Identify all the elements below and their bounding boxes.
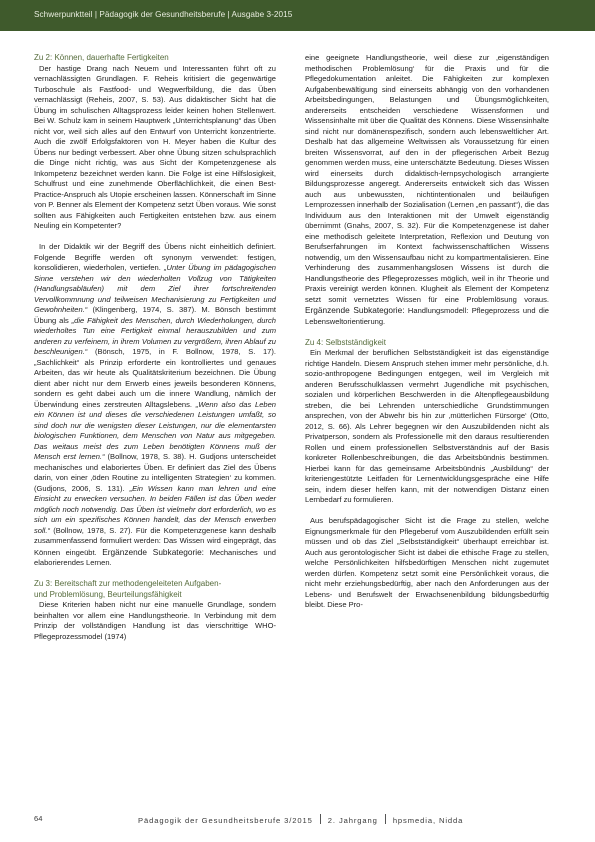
running-header-bar: Schwerpunktteil | Pädagogik der Gesundhe…: [0, 0, 595, 31]
paragraph-spacer: [34, 569, 276, 580]
page-footer: 64 Pädagogik der Gesundheitsberufe 3/201…: [34, 814, 549, 826]
subcategory-label: Ergänzende Subkategorie:: [305, 305, 405, 315]
paragraph-uebung-definition: In der Didaktik wir der Begriff des Üben…: [34, 242, 276, 569]
footer-citation: Pädagogik der Gesundheitsberufe 3/20152.…: [138, 814, 463, 825]
paragraph-spacer: [305, 506, 549, 517]
paragraph: Aus berufspädagogischer Sicht ist die Fr…: [305, 516, 549, 611]
paragraph: Diese Kriterien haben nicht nur eine man…: [34, 600, 276, 642]
divider: [385, 814, 386, 824]
running-header-title: Schwerpunktteil | Pädagogik der Gesundhe…: [34, 10, 292, 19]
section-heading-4: Zu 4: Selbstständigkeit: [305, 338, 549, 349]
left-column: Zu 2: Können, dauerhafte Fertigkeiten De…: [34, 53, 276, 642]
paragraph-continued: eine geeignete Handlungstheorie, weil di…: [305, 53, 549, 327]
journal-volume: 2. Jahrgang: [328, 816, 378, 825]
paragraph-spacer: [34, 232, 276, 243]
section-heading-3-line2: und Problemlösung, Beurteilungsfähigkeit: [34, 590, 182, 599]
text-run: eine geeignete Handlungstheorie, weil di…: [305, 53, 549, 304]
paragraph: Ein Merkmal der beruflichen Selbstständi…: [305, 348, 549, 506]
paragraph-spacer: [305, 327, 549, 338]
paragraph: Der hastige Drang nach Neuem und Interes…: [34, 64, 276, 232]
journal-issue: Pädagogik der Gesundheitsberufe 3/2015: [138, 816, 313, 825]
section-heading-2: Zu 2: Können, dauerhafte Fertigkeiten: [34, 53, 276, 64]
subcategory-label: Ergänzende Subkategorie:: [102, 547, 204, 557]
right-column: eine geeignete Handlungstheorie, weil di…: [305, 53, 549, 611]
publisher: hpsmedia, Nidda: [393, 816, 464, 825]
section-heading-3-line1: Zu 3: Bereitschaft zur methodengeleitete…: [34, 579, 221, 588]
page-number: 64: [34, 814, 42, 823]
section-heading-3: Zu 3: Bereitschaft zur methodengeleitete…: [34, 579, 276, 600]
divider: [320, 814, 321, 824]
